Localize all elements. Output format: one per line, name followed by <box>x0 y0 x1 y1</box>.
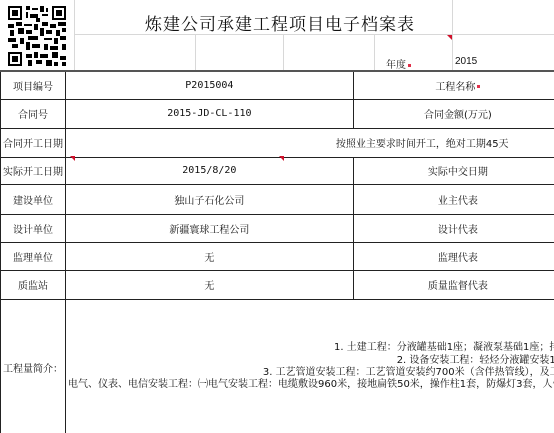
actual-handover-label: 实际中交日期 <box>353 157 554 184</box>
year-value[interactable]: 2015 <box>455 56 477 67</box>
contract-no-value[interactable]: 2015-JD-CL-110 <box>66 99 354 128</box>
contract-no-label: 合同号 <box>1 99 66 128</box>
rep-label: 业主代表 <box>353 184 554 214</box>
actual-start-value[interactable]: 2015/8/20 <box>66 157 354 184</box>
unit-value[interactable]: 无 <box>66 242 354 270</box>
summary-line: 3. 工艺管道安装工程：工艺管道安装约700米（含伴热管线），及工艺管道配套的管… <box>68 367 554 379</box>
gridline <box>195 34 196 70</box>
party-row-quality: 质监站 无 质量监督代表 无 电话 无 <box>1 270 554 299</box>
rep-label: 设计代表 <box>353 214 554 242</box>
contract-start-value[interactable]: 按照业主要求时间开工，绝对工期45天 <box>66 128 554 157</box>
unit-value[interactable]: 新疆寰球工程公司 <box>66 214 354 242</box>
party-row-design: 设计单位 新疆寰球工程公司 设计代表 王黎明 电话 3894454 <box>1 214 554 242</box>
party-row-supervision: 监理单位 无 监理代表 无 电话 无 <box>1 242 554 270</box>
summary-line: 2. 设备安装工程：轻烃分液罐安装1台及平台、梯子安装、防腐、保温、防火安装；凝… <box>68 355 554 367</box>
contract-amount-label: 合同金额(万元) <box>353 99 554 128</box>
rep-label: 质量监督代表 <box>353 270 554 299</box>
gridline <box>374 34 375 70</box>
gridline <box>74 0 75 70</box>
summary-line: 电气、仪表、电信安装工程：㈠电气安装工程：电缆敷设960米，接地扁铁50米，操作… <box>68 379 554 391</box>
required-marker <box>477 85 480 88</box>
unit-value[interactable]: 无 <box>66 270 354 299</box>
project-no-value[interactable]: P2015004 <box>66 71 354 99</box>
comment-marker <box>279 156 284 161</box>
year-label: 年度 <box>386 56 411 71</box>
project-no-label: 项目编号 <box>1 71 66 99</box>
gridline <box>283 34 284 70</box>
party-row-construction: 建设单位 独山子石化公司 业主代表 张新伟 电话 13579162761 <box>1 184 554 214</box>
contract-start-label: 合同开工日期 <box>1 128 66 157</box>
unit-label: 质监站 <box>1 270 66 299</box>
unit-label: 监理单位 <box>1 242 66 270</box>
unit-label: 建设单位 <box>1 184 66 214</box>
summary-value[interactable]: 1. 土建工程：分液罐基础1座；凝液泵基础1座；排水管道安装70米；井子4座；支… <box>66 299 554 433</box>
unit-label: 设计单位 <box>1 214 66 242</box>
summary-line: 1. 土建工程：分液罐基础1座；凝液泵基础1座；排水管道安装70米；井子4座；支… <box>68 342 554 354</box>
unit-value[interactable]: 独山子石化公司 <box>66 184 354 214</box>
comment-marker <box>70 156 75 161</box>
required-marker <box>408 64 411 67</box>
page-title: 炼建公司承建工程项目电子档案表 <box>100 12 460 38</box>
project-name-label: 工程名称 <box>353 71 554 99</box>
comment-marker <box>447 35 452 40</box>
summary-label: 工程量简介： <box>1 299 66 433</box>
project-name-label-text: 工程名称 <box>435 82 475 93</box>
archive-table: 项目编号 P2015004 工程名称 乙烯厂轻烃卸车油气回收项目 合同号 201… <box>0 70 554 433</box>
actual-start-label: 实际开工日期 <box>1 157 66 184</box>
rep-label: 监理代表 <box>353 242 554 270</box>
qr-code-icon <box>6 4 68 68</box>
